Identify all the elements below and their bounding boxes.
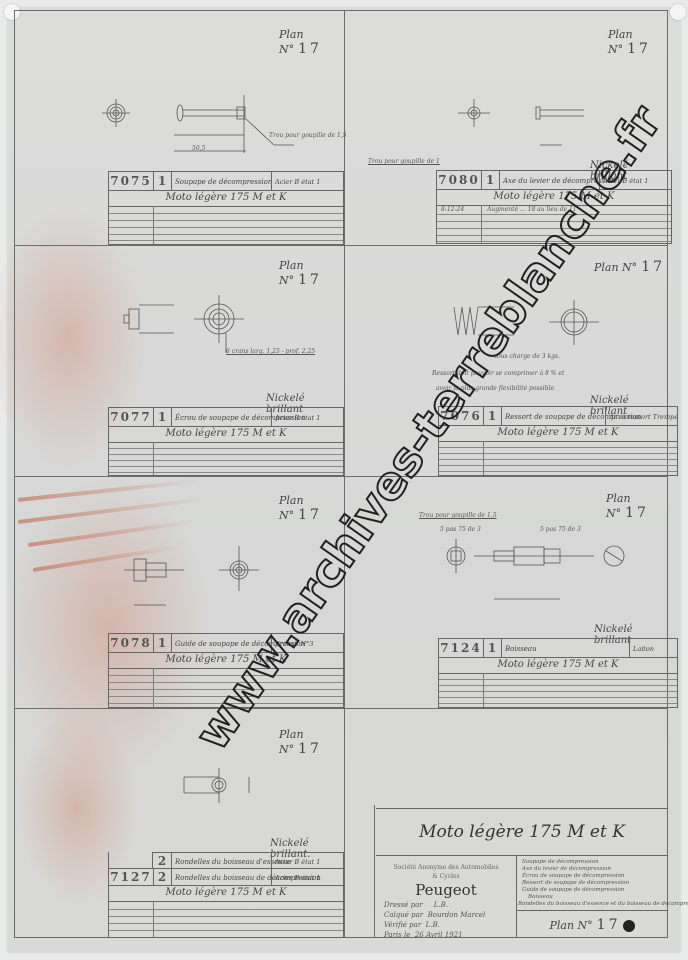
part-model: Moto légère 175 M et K bbox=[109, 652, 343, 668]
part-table-7124: 7124 1 Boisseau Laiton Moto légère 175 M… bbox=[438, 638, 678, 708]
part-table-7077: 7077 1 Écrou de soupape de décompression… bbox=[108, 407, 344, 476]
parts-list-item: Boisseau bbox=[522, 894, 668, 901]
lever-axle-drawing bbox=[444, 85, 624, 155]
company-block: Société Anonyme des Automobiles & Cycles… bbox=[376, 855, 517, 938]
washer-drawing bbox=[174, 763, 274, 813]
revision-date: 8-12-24 bbox=[441, 206, 464, 213]
part-quantity: 1 bbox=[481, 171, 500, 189]
part-quantity: 1 bbox=[153, 172, 172, 190]
part-model: Moto légère 175 M et K bbox=[439, 425, 677, 441]
part-row-1: 2 Rondelles du boisseau d'essence Acier … bbox=[152, 852, 344, 869]
cell-7077: Plan N°17 6 crans larg. 1,25 - prof. 2,2… bbox=[14, 245, 344, 476]
revision-lines bbox=[109, 902, 343, 937]
parts-list-item: Guide de soupape de décompression bbox=[522, 887, 668, 894]
part-material: Laiton bbox=[629, 639, 677, 657]
part-quantity: 2 bbox=[153, 853, 172, 869]
part-number: 7127 bbox=[109, 869, 154, 885]
company-name: Société Anonyme des Automobiles & Cycles bbox=[376, 863, 516, 881]
part-number: 7080 bbox=[437, 171, 482, 189]
cell-7127: Plan N°17 Nickelé brillant. 2 Rondelles … bbox=[14, 708, 344, 938]
revision-lines: 8-12-24 Augmenté ... 18 au lieu de 11 bbox=[437, 205, 671, 243]
part-description: Soupape de décompression bbox=[175, 172, 272, 190]
part-model: Moto légère 175 M et K bbox=[437, 189, 671, 205]
cell-7124: Plan N°17 Trou pour goupille de 1,5 5 pa… bbox=[344, 476, 668, 708]
revision-lines bbox=[439, 673, 677, 707]
plan-number-label: Plan N°17 bbox=[279, 259, 344, 288]
part-description: Boisseau bbox=[505, 639, 537, 657]
plan-number-label: Plan N°17 bbox=[594, 259, 665, 275]
cell-7080: Plan N°17 Trou pour goupille de 1 Nickel… bbox=[344, 10, 668, 245]
part-number: 7078 bbox=[109, 634, 154, 652]
part-quantity: 1 bbox=[153, 634, 172, 652]
part-quantity: 2 bbox=[153, 869, 172, 885]
wax-seal-icon bbox=[623, 920, 635, 932]
part-number: 7077 bbox=[109, 408, 154, 426]
title-block: Moto légère 175 M et K Société Anonyme d… bbox=[376, 808, 668, 938]
pin bbox=[670, 4, 686, 20]
part-material: Acier B état 1 bbox=[271, 869, 343, 885]
part-model: Moto légère 175 M et K bbox=[109, 426, 343, 442]
cell-7078: Plan N°17 7078 1 Guide de soupape de déc… bbox=[14, 476, 344, 708]
part-model: Moto légère 175 M et K bbox=[109, 190, 343, 206]
parts-list-item: Écrou de soupape de décompression bbox=[522, 873, 668, 880]
part-quantity: 1 bbox=[483, 639, 502, 657]
drilling-note: Trou pour goupille de 1,5 bbox=[419, 512, 497, 519]
parts-list-item: Soupape de décompression bbox=[522, 859, 668, 866]
revision-lines bbox=[109, 206, 343, 244]
parts-list-item: Rondelles du boisseau d'essence et du bo… bbox=[518, 901, 668, 908]
traced-by: Calqué par Bourdon Marcel bbox=[384, 911, 485, 919]
drawing-title: Moto légère 175 M et K bbox=[376, 809, 668, 856]
part-table-7080: 7080 1 Axe du levier de décompression Ac… bbox=[436, 170, 672, 244]
part-material: Acier B état 1 bbox=[271, 408, 343, 426]
plan-number-label: Plan N°17 bbox=[608, 28, 668, 57]
part-number: 7076 bbox=[439, 407, 484, 425]
cell-7076: Plan N°17 sous charge de 3 kgs. Ressort … bbox=[344, 245, 668, 476]
brand-logo: Peugeot bbox=[376, 881, 516, 899]
drawn-by: Dressé par L.B. bbox=[384, 901, 448, 909]
revision-text: Augmenté ... 18 au lieu de 11 bbox=[487, 206, 577, 213]
part-material: Ac. à ressort Trempé bbox=[605, 407, 677, 425]
part-material: Bronze N°3 bbox=[271, 634, 343, 652]
spring-note: Ressort doit pouvoir se comprimer à 8 % … bbox=[432, 370, 564, 377]
parts-list: Soupape de décompression Axe du levier d… bbox=[516, 855, 668, 911]
drilling-note: Trou pour goupille de 1 bbox=[368, 158, 440, 165]
notch-note: 6 crans larg. 1,25 - prof. 2,25 bbox=[226, 348, 315, 355]
part-number: 7124 bbox=[439, 639, 484, 657]
part-table-7127: 2 Rondelles du boisseau d'essence Acier … bbox=[108, 852, 344, 938]
part-row-2: 7127 2 Rondelles du boisseau de décompre… bbox=[109, 868, 343, 886]
drilling-note: Trou pour goupille de 1,5 bbox=[269, 132, 347, 139]
plan-number-label: Plan N°17 bbox=[279, 28, 344, 57]
revision-lines bbox=[109, 442, 343, 475]
plan-number-label: Plan N°17 bbox=[606, 492, 668, 521]
part-quantity: 1 bbox=[153, 408, 172, 426]
parts-list-item: Axe du levier de décompression bbox=[522, 866, 668, 873]
plan-number-label: Plan N°17 bbox=[279, 728, 344, 757]
checked-by: Vérifié par L.B. bbox=[384, 921, 440, 929]
spring-drawing bbox=[444, 295, 624, 355]
part-table-7078: 7078 1 Guide de soupape de décompression… bbox=[108, 633, 344, 708]
model-row: Moto légère 175 M et K bbox=[109, 885, 343, 902]
part-model: Moto légère 175 M et K bbox=[109, 885, 343, 901]
place-date: Paris le 26 Avril 1921 bbox=[384, 931, 463, 939]
part-material: Acier B état 1 bbox=[271, 172, 343, 190]
spring-load-note: sous charge de 3 kgs. bbox=[494, 353, 560, 360]
plug-drawing bbox=[434, 531, 664, 611]
part-quantity: 1 bbox=[483, 407, 502, 425]
part-number: 7075 bbox=[109, 172, 154, 190]
title-plan-number: Plan N°17 bbox=[516, 911, 668, 938]
part-material: Acier B état 1 bbox=[599, 171, 671, 189]
parts-list-item: Ressort de soupape de décompression bbox=[522, 880, 668, 887]
valve-guide-drawing bbox=[94, 531, 294, 621]
revision-lines bbox=[109, 668, 343, 707]
part-table-7075: 7075 1 Soupape de décompression Acier B … bbox=[108, 171, 344, 245]
plan-number-label: Plan N°17 bbox=[279, 494, 344, 523]
part-table-7076: 7076 1 Ressort de soupape de décompressi… bbox=[438, 406, 678, 476]
revision-lines bbox=[439, 441, 677, 475]
part-model: Moto légère 175 M et K bbox=[439, 657, 677, 673]
dimension-label: 50,5 bbox=[192, 145, 205, 152]
title-block-border bbox=[374, 805, 375, 938]
cell-7075: Plan N°17 Trou pour goupille de 1,5 50,5… bbox=[14, 10, 344, 245]
part-material: Acier B état 1 bbox=[271, 853, 343, 869]
spring-note: avoir la plus grande flexibilité possibl… bbox=[436, 385, 556, 392]
